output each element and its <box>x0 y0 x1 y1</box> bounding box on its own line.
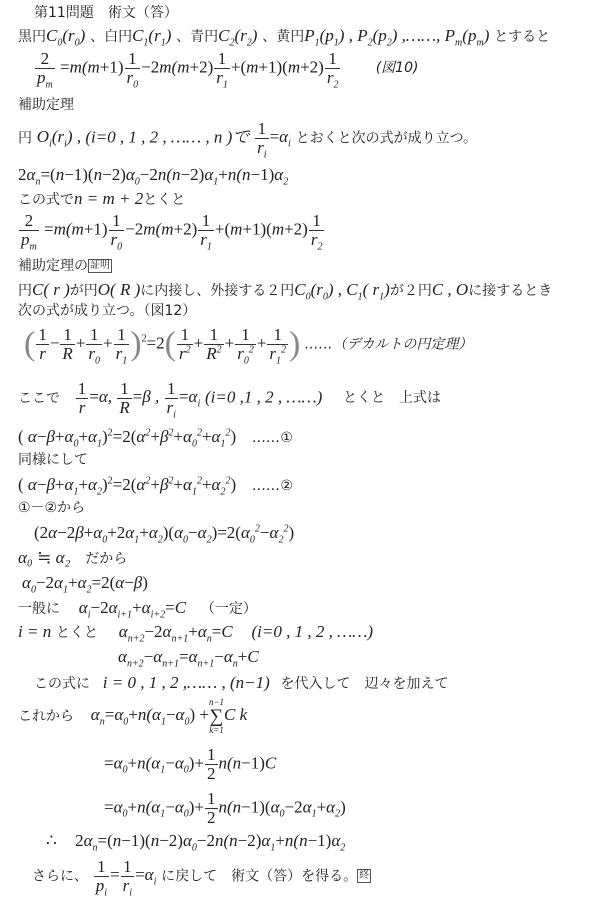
end-badge: 終 <box>357 869 371 883</box>
proof-condition-2: 次の式が成り立つ。（図12） <box>18 304 196 318</box>
proof-heading-text: 補助定理の <box>18 258 88 274</box>
summation: n−1∑k=1 <box>209 698 224 735</box>
intro-tail: とすると <box>494 29 550 45</box>
main-equation: 2pm =m(m+1)1r0−2m(m+2)1r1+(m+1)(m+2)1r2 … <box>34 50 418 87</box>
substitute-prefix: この式で <box>18 192 74 208</box>
result-equation: α0−2α1+α2=2(α−β) <box>22 574 148 591</box>
lemma-statement: 円 Oi(ri) , (i=0 , 1 , 2 , …… , n )で 1ri=… <box>18 120 477 157</box>
intro-black-label: 黒円 <box>18 29 46 45</box>
intro-blue-label: 、青円 <box>176 29 218 45</box>
define-range: (i=0 ,1 , 2 , ……) <box>205 387 322 406</box>
substitute-all-line: この式に i = 0 , 1 , 2 ,…… , (n−1) を代入して 辺々を… <box>34 674 449 691</box>
equation-2: ( α−β+α1+α2)2=2(α2+β2+α12+α22) ……② <box>18 476 293 493</box>
problem-title: 第11問題 術文（答） <box>34 6 178 20</box>
equation-2-marker: ……② <box>252 478 293 494</box>
substitute-all-suffix: を代入して 辺々を加えて <box>281 676 449 692</box>
from-this-line: これから αn=α0+n(α1−α0) +n−1∑k=1C k <box>18 698 247 735</box>
intro-yellow-label: 、黄円 <box>262 29 304 45</box>
difference-line: ①－②から <box>18 501 85 515</box>
step-2-equation: =α0+n(α1−α0)+12n(n−1)C <box>104 746 276 783</box>
not-equal-line: α₀ ≒ α₂ だから <box>18 549 127 566</box>
final-line: さらに、 1pi=1ri=αi に戻して 術文（答）を得る。終 <box>32 858 371 895</box>
lemma-suffix: とおくと次の式が成り立つ。 <box>296 130 477 146</box>
intro-line: 黒円C0(r0) 、白円C1(r1) 、青円C2(r2) 、黄円P1(p1) ,… <box>18 27 550 44</box>
substitute-suffix: とくと <box>143 192 185 208</box>
lemma-equation: 2αn=(n−1)(n−2)α0−2n(n−2)α1+n(n−1)α2 <box>18 166 288 183</box>
general-line: 一般に αi−2αi+1+αi+2=C （一定） <box>18 599 257 616</box>
proof-badge: 証明 <box>88 259 112 273</box>
define-suffix: とくと 上式は <box>343 390 441 406</box>
proof-heading: 補助定理の証明 <box>18 259 112 273</box>
general-suffix: （一定） <box>201 601 257 617</box>
final-prefix: さらに、 <box>32 868 88 884</box>
i-equals-n-range: (i=0 , 1 , 2 , ……) <box>251 622 373 641</box>
substitute-all-prefix: この式に <box>34 676 90 692</box>
from-this-prefix: これから <box>18 708 74 724</box>
proof-condition-1: 円C( r )が円O( R )に内接し、外接する２円C0(r0) , C1( r… <box>18 281 552 298</box>
equation-1: ( α−β+α0+α1)2=2(α2+β2+α02+α12) ……① <box>18 428 293 445</box>
difference-equation: (2α−2β+α0+2α1+α2)(α0−α2)=2(α02−α22) <box>34 524 294 541</box>
not-equal-expr: α₀ ≒ α₂ <box>18 548 70 567</box>
figure-ref-10: (図10) <box>376 60 419 76</box>
i-equals-n-text: とくと <box>56 625 98 641</box>
rearranged-equation: αn+2−αn+1=αn+1−αn+C <box>118 648 259 665</box>
define-prefix: ここで <box>18 390 60 406</box>
final-suffix: に戻して 術文（答）を得る。 <box>161 868 357 884</box>
descartes-label: ……（デカルトの円定理） <box>305 336 473 352</box>
descartes-equation: (1r−1R+1r0+1r1)2=2(1r2+1R2+1r02+1r12) ……… <box>24 326 472 363</box>
similarly-text: 同様にして <box>18 453 88 467</box>
define-line: ここで 1r=α, 1R=β , 1ri=αi (i=0 ,1 , 2 , ……… <box>18 380 441 417</box>
intro-white-label: 、白円 <box>90 29 132 45</box>
step-3-equation: =α0+n(α1−α0)+12n(n−1)(α0−2α1+α2) <box>104 790 346 827</box>
i-equals-n-expr: i = n <box>18 622 51 641</box>
lemma-prefix: 円 <box>18 130 32 146</box>
lemma-range: (i=0 , 1 , 2 , …… , n )で <box>85 127 249 146</box>
not-equal-suffix: だから <box>85 551 127 567</box>
equation-1-marker: ……① <box>252 430 293 446</box>
therefore-symbol: ∴ <box>46 831 57 850</box>
i-equals-n-line: i = n とくと αn+2−2αn+1+αn=C (i=0 , 1 , 2 ,… <box>18 623 373 640</box>
substitute-all-expr: i = 0 , 1 , 2 ,…… , (n−1) <box>103 673 270 692</box>
substitute-expr: n = m + 2 <box>74 189 143 208</box>
substitute-line: この式でn = m + 2とくと <box>18 190 185 207</box>
therefore-line: ∴ 2αn=(n−1)(n−2)α0−2n(n−2)α1+n(n−1)α2 <box>46 832 345 849</box>
general-prefix: 一般に <box>18 601 60 617</box>
lemma-heading: 補助定理 <box>18 98 74 112</box>
substituted-equation: 2pm =m(m+1)1r0−2m(m+2)1r1+(m+1)(m+2)1r2 <box>18 212 325 249</box>
